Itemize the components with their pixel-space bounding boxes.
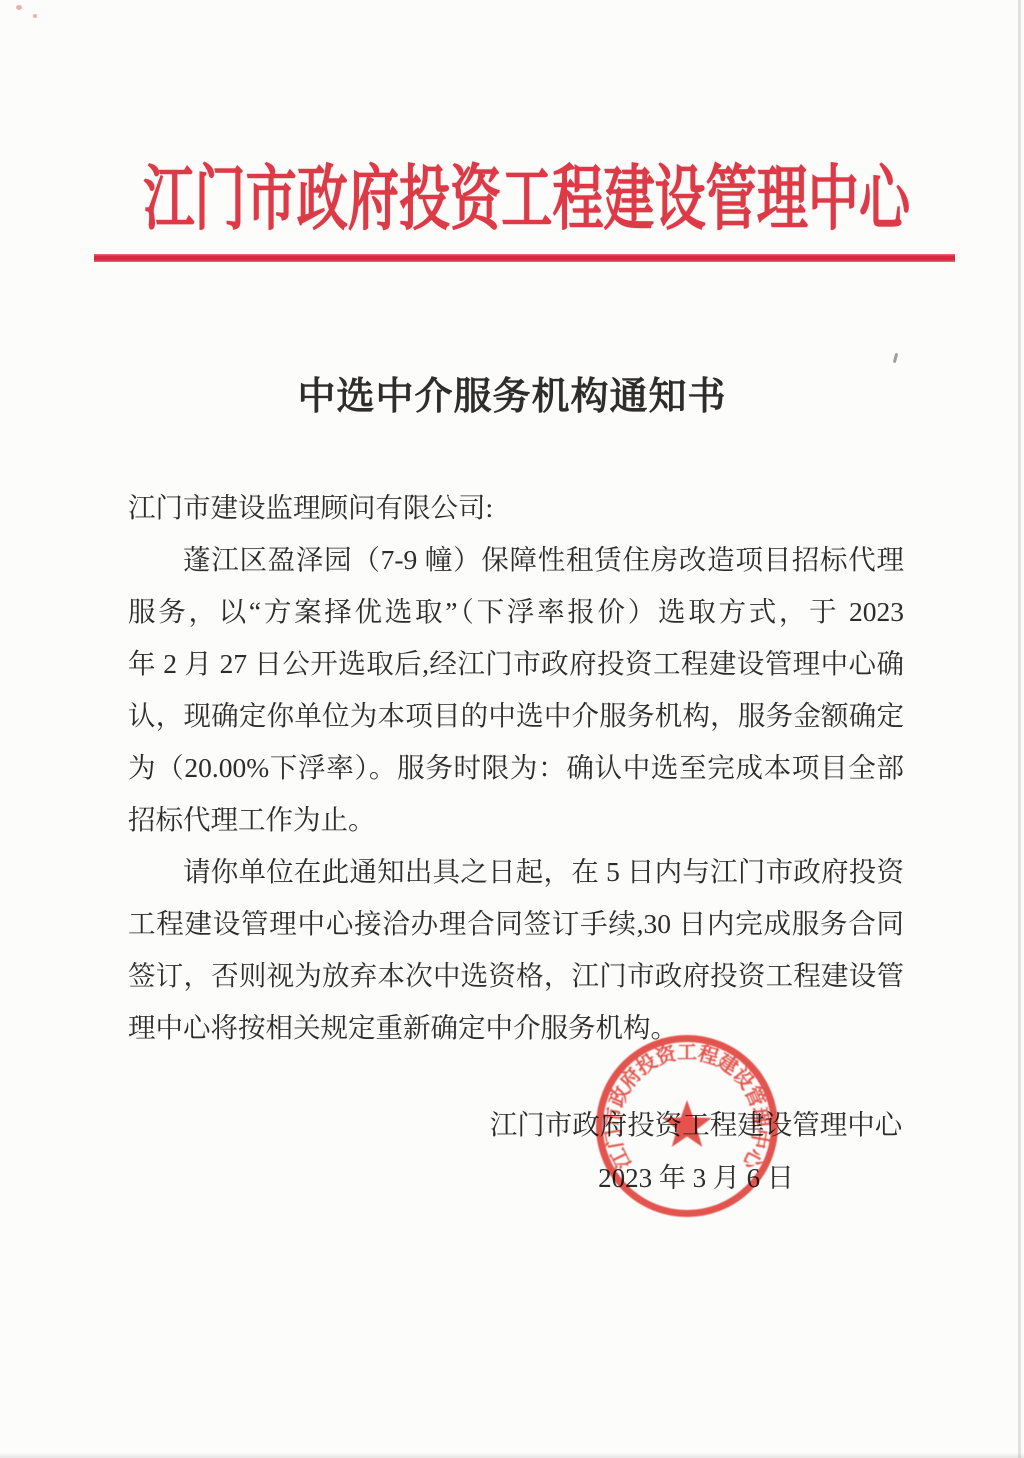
body-line: 年 2 月 27 日公开选取后,经江门市政府投资工程建设管理中心确: [128, 638, 904, 690]
body-line: 签订，否则视为放弃本次中选资格，江门市政府投资工程建设管: [128, 950, 904, 1002]
scan-edge-bottom: [0, 1453, 1024, 1458]
document-page: 江门市政府投资工程建设管理中心 中选中介服务机构通知书 江门市建设监理顾问有限公…: [0, 0, 1024, 1458]
body-line: 为（20.00%下浮率）。服务时限为：确认中选至完成本项目全部: [128, 742, 904, 794]
scan-artifact-red-speck: [16, 5, 22, 10]
body-line: 蓬江区盈泽园（7-9 幢）保障性租赁住房改造项目招标代理: [128, 534, 904, 586]
document-title: 中选中介服务机构通知书: [0, 374, 1024, 420]
letterhead-divider-rule: [94, 254, 955, 262]
body-line: 招标代理工作为止。: [128, 794, 904, 846]
body-line: 工程建设管理中心接洽办理合同签订手续,30 日内完成服务合同: [128, 898, 904, 950]
body-line: 服务，以“方案择优选取”（下浮率报价）选取方式，于 2023: [128, 586, 904, 638]
scan-edge-right: [1018, 0, 1021, 1458]
document-body: 江门市建设监理顾问有限公司: 蓬江区盈泽园（7-9 幢）保障性租赁住房改造项目招…: [128, 482, 904, 1054]
recipient-salutation: 江门市建设监理顾问有限公司:: [128, 482, 904, 534]
body-line: 请你单位在此通知出具之日起，在 5 日内与江门市政府投资: [128, 846, 904, 898]
scan-artifact-red-speck: [33, 14, 37, 18]
scan-artifact-gray-speck: [893, 353, 898, 363]
official-seal-stamp: 江门市政府投资工程建设管理中心: [586, 1025, 788, 1227]
letterhead-org-title: 江门市政府投资工程建设管理中心: [143, 162, 880, 238]
body-line: 认，现确定你单位为本项目的中选中介服务机构，服务金额确定: [128, 690, 904, 742]
seal-star-icon: [662, 1100, 711, 1147]
